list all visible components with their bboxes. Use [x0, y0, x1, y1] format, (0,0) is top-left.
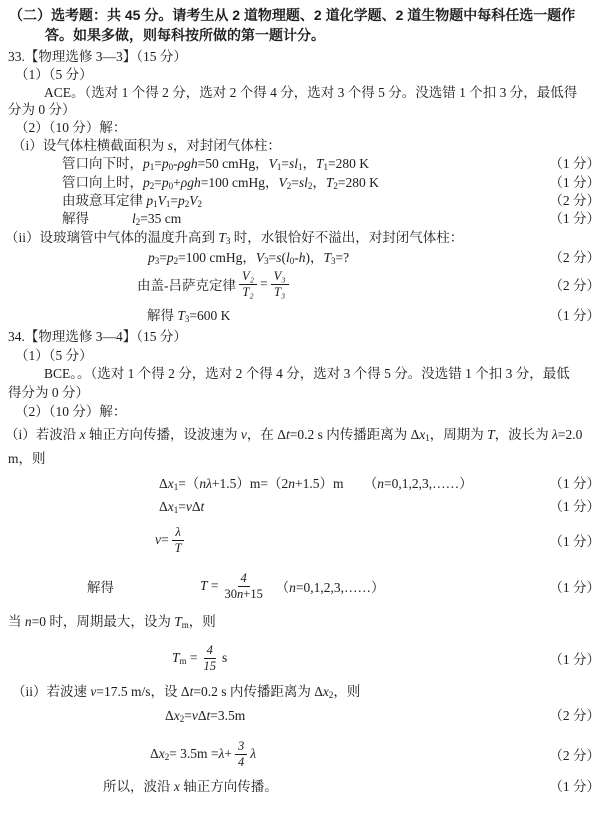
- formula-text: Δx2= 3.5m =λ+: [150, 746, 232, 762]
- q34-title: 34.【物理选修 3—4】（15 分）: [0, 327, 611, 346]
- conclusion-line: 所以，波沿 x 轴正方向传播。 （1 分）: [0, 777, 611, 796]
- fraction-period: 430n+15: [222, 571, 266, 601]
- formula-text: Δx1=vΔt: [159, 499, 204, 514]
- score-mark: （2 分）: [549, 706, 600, 725]
- fraction-denominator: 15: [201, 659, 220, 673]
- score-mark: （1 分）: [549, 173, 600, 192]
- formula-dx2-value: Δx2=vΔt=3.5m （2 分）: [0, 706, 611, 725]
- fraction-denominator: 30n+15: [222, 587, 266, 601]
- section-header-line-1: （二）选考题：共 45 分。请考生从 2 道物理题、2 道化学题、2 道生物题中…: [0, 6, 611, 25]
- score-mark: （2 分）: [549, 744, 600, 764]
- formula-text: T =: [200, 578, 219, 594]
- formula-text: λ: [250, 746, 256, 762]
- q33-part2-header: （2）（10 分）解：: [0, 118, 611, 137]
- q34-step-i-intro-line-1: （i）若波沿 x 轴正方向传播，设波速为 v，在 Δt=0.2 s 内传播距离为…: [0, 425, 611, 444]
- fraction-3-4: 34: [235, 739, 247, 769]
- document-page: （二）选考题：共 45 分。请考生从 2 道物理题、2 道化学题、2 道生物题中…: [0, 0, 611, 825]
- formula-text: 解得 T3=600 K: [147, 308, 230, 323]
- formula-text: l2=35 cm: [132, 211, 181, 226]
- score-mark: （1 分）: [549, 648, 600, 668]
- score-mark: （1 分）: [549, 777, 600, 796]
- fraction-numerator: 3: [235, 739, 247, 754]
- fraction-numerator: V₂: [239, 269, 257, 284]
- formula-v-lambda-T: v= λT （1 分）: [0, 522, 611, 558]
- formula-tube-up: 管口向上时，p2=p0+ρgh=100 cmHg，V2=sl2，T2=280 K…: [0, 173, 611, 192]
- formula-dx1-condition: Δx1=（nλ+1.5）m=（2n+1.5）m （n=0,1,2,3,……） （…: [0, 474, 611, 493]
- formula-dx1-speed: Δx1=vΔt （1 分）: [0, 497, 611, 516]
- score-mark: （1 分）: [549, 474, 600, 493]
- formula-text: 管口向上时，p2=p0+ρgh=100 cmHg，V2=sl2，T2=280 K: [62, 175, 379, 190]
- score-mark: （1 分）: [549, 576, 600, 596]
- formula-text: Δx1=（nλ+1.5）m=（2n+1.5）m （n=0,1,2,3,……）: [159, 476, 473, 491]
- n0-max-period-line: 当 n=0 时，周期最大，设为 Tm，则: [0, 612, 611, 631]
- q34-part2-header: （2）（10 分）解：: [0, 402, 611, 421]
- score-mark: （1 分）: [549, 209, 600, 228]
- score-mark: （1 分）: [549, 154, 600, 173]
- score-mark: （1 分）: [549, 306, 600, 325]
- formula-text: p3=p2=100 cmHg，V3=s(l0-h)，T3=?: [148, 250, 349, 265]
- formula-p3-line: p3=p2=100 cmHg，V3=s(l0-h)，T3=? （2 分）: [0, 248, 611, 267]
- fraction-4-15: 415: [201, 643, 220, 673]
- q34-part1-header: （1）（5 分）: [0, 346, 611, 365]
- equals-sign: =: [260, 276, 268, 292]
- solve-label: 解得: [87, 576, 114, 596]
- formula-text: 由玻意耳定律 p1V1=p2V2: [62, 193, 202, 208]
- fraction-numerator: 4: [204, 643, 216, 658]
- solve-period-line: 解得 T = 430n+15 （n=0,1,2,3,……） （1 分）: [0, 568, 611, 604]
- fraction-lambda-T: λT: [172, 525, 185, 555]
- q33-step-ii-intro: （ii）设玻璃管中气体的温度升高到 T3 时，水银恰好不溢出，对封闭气体柱：: [0, 228, 611, 247]
- fraction-v3-t3: V₃T₃: [271, 269, 289, 299]
- formula-text: Δx2=vΔt=3.5m: [165, 708, 245, 723]
- q33-answer-line-2: 分为 0 分）: [0, 100, 611, 119]
- score-mark: （1 分）: [549, 497, 600, 516]
- q34-answer-line-2: 得分为 0 分）: [0, 383, 611, 402]
- fraction-denominator: T₃: [271, 285, 288, 299]
- q33-title: 33.【物理选修 3—3】（15 分）: [0, 47, 611, 66]
- law-label: 由盖-吕萨克定律: [137, 274, 236, 294]
- fraction-numerator: 4: [238, 571, 250, 586]
- fraction-v2-t2: V₂T₂: [239, 269, 257, 299]
- score-mark: （2 分）: [549, 274, 600, 294]
- solve-l2-line: 解得l2=35 cm （1 分）: [0, 209, 611, 228]
- formula-text: Tm =: [172, 650, 198, 666]
- formula-dx2-lambda: Δx2= 3.5m =λ+ 34 λ （2 分）: [0, 736, 611, 772]
- formula-text: 管口向下时，p1=p0-ρgh=50 cmHg，V1=sl1，T1=280 K: [62, 156, 369, 171]
- fraction-denominator: T: [172, 541, 185, 555]
- solve-label: 解得: [62, 211, 89, 226]
- q34-step-i-intro-line-2: m，则: [0, 449, 611, 468]
- conclusion-text: 所以，波沿 x 轴正方向传播。: [103, 779, 278, 794]
- score-mark: （2 分）: [549, 248, 600, 267]
- section-header-line-2: 答。如果多做，则每科按所做的第一题计分。: [0, 26, 611, 45]
- score-mark: （2 分）: [549, 191, 600, 210]
- formula-text: s: [222, 650, 227, 666]
- formula-text: （n=0,1,2,3,……）: [269, 576, 385, 596]
- q33-part1-header: （1）（5 分）: [0, 65, 611, 84]
- gay-lussac-line: 由盖-吕萨克定律 V₂T₂ = V₃T₃ （2 分）: [0, 266, 611, 302]
- fraction-denominator: 4: [235, 755, 247, 769]
- fraction-denominator: T₂: [239, 285, 256, 299]
- formula-text: v=: [155, 532, 169, 548]
- q34-answer-line-1: BCE。。（选对 1 个得 2 分，选对 2 个得 4 分，选对 3 个得 5 …: [0, 364, 611, 383]
- solve-t3-line: 解得 T3=600 K （1 分）: [0, 306, 611, 325]
- formula-Tm-line: Tm = 415 s （1 分）: [0, 640, 611, 676]
- fraction-numerator: λ: [172, 525, 183, 540]
- fraction-numerator: V₃: [271, 269, 289, 284]
- boyle-law-line: 由玻意耳定律 p1V1=p2V2 （2 分）: [0, 191, 611, 210]
- formula-tube-down: 管口向下时，p1=p0-ρgh=50 cmHg，V1=sl1，T1=280 K …: [0, 154, 611, 173]
- score-mark: （1 分）: [549, 530, 600, 550]
- q33-step-i-intro: （i）设气体柱横截面积为 s，对封闭气体柱：: [0, 136, 611, 155]
- q34-step-ii-intro: （ii）若波速 v=17.5 m/s，设 Δt=0.2 s 内传播距离为 Δx2…: [0, 682, 611, 701]
